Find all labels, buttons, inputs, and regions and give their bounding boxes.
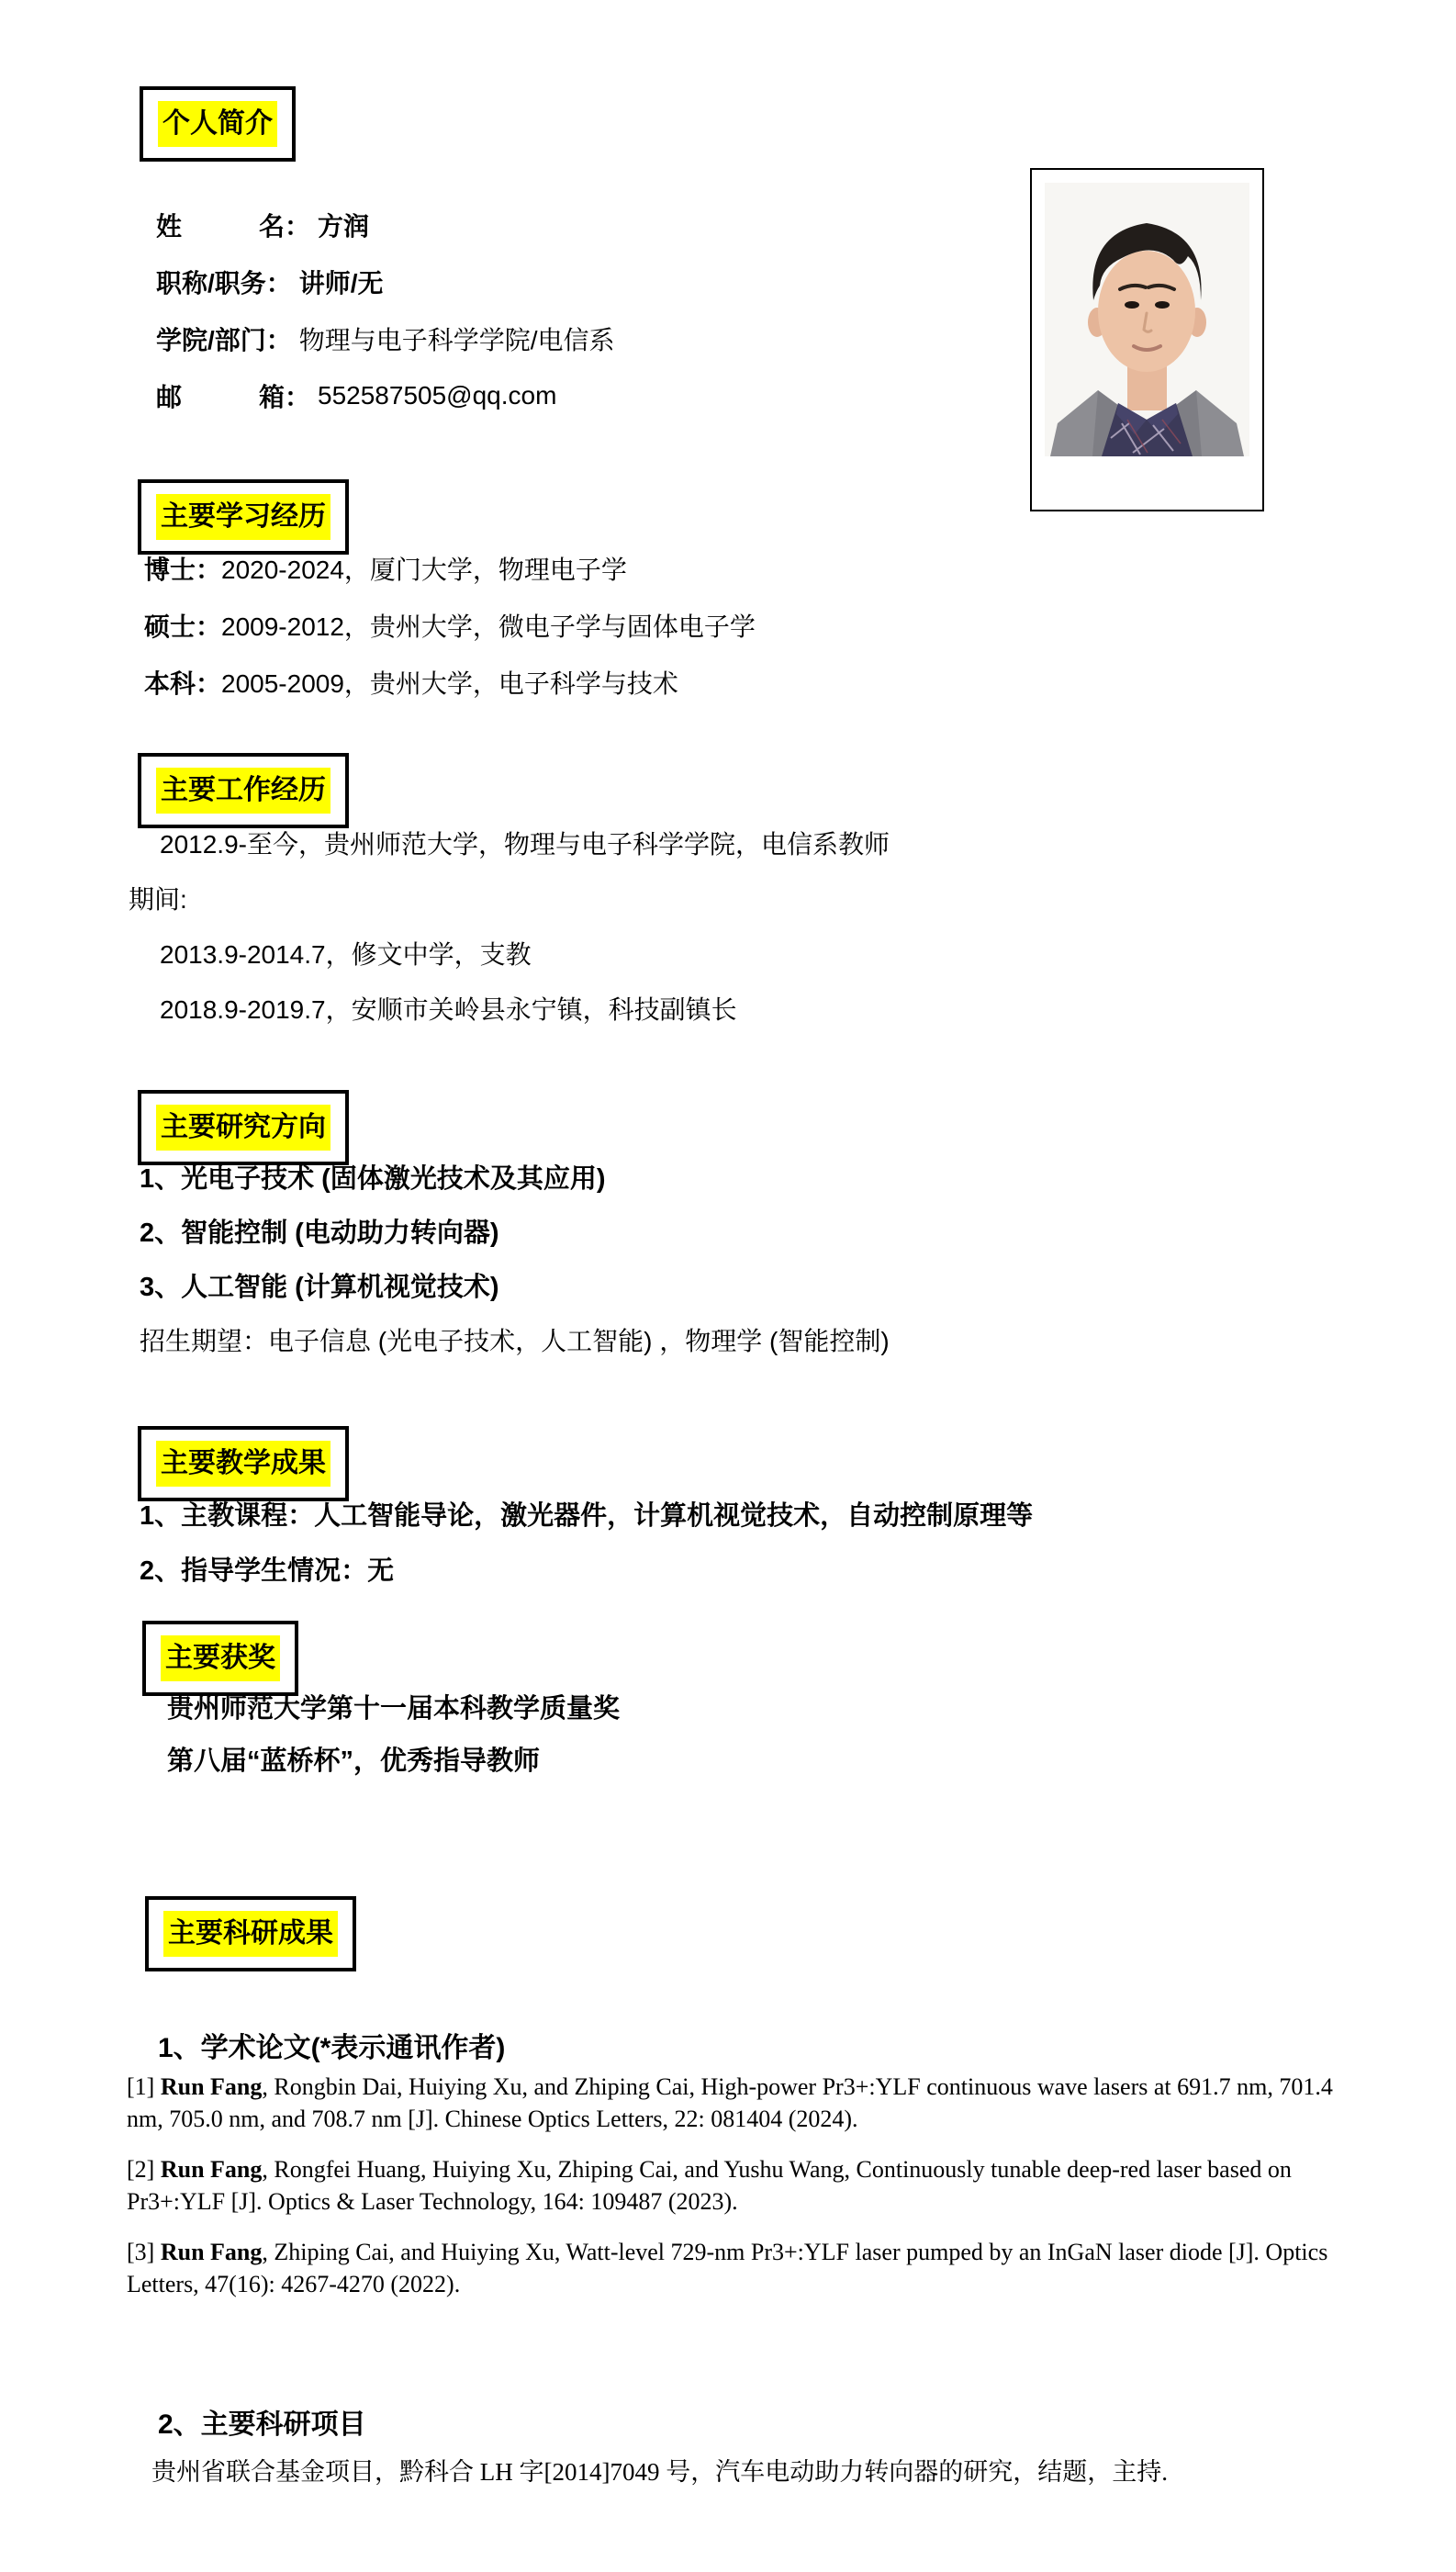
paper-item: [1] Run Fang, Rongbin Dai, Huiying Xu, a…	[127, 2071, 1357, 2135]
project-item: 贵州省联合基金项目，黔科合 LH 字[2014]7049 号，汽车电动助力转向器…	[151, 2452, 1382, 2488]
field-value: 物理与电子科学学院/电信系	[299, 320, 615, 357]
degree-label: 博士：	[144, 550, 221, 587]
work-text: 2012.9-至今，贵州师范大学，物理与电子科学学院，电信系教师	[160, 825, 890, 861]
teaching-list: 1、主教课程：人工智能导论，激光器件，计算机视觉技术，自动控制原理等 2、指导学…	[140, 1486, 1033, 1596]
section-title-research: 主要研究方向	[156, 1105, 330, 1151]
work-item: 2018.9-2019.7，安顺市关岭县永宁镇，科技副镇长	[129, 981, 890, 1036]
section-title-scientific: 主要科研成果	[163, 1911, 338, 1957]
field-value: 讲师/无	[299, 264, 384, 300]
portrait-photo-frame	[1030, 168, 1264, 511]
degree-text: 2020-2024，厦门大学，物理电子学	[221, 550, 627, 587]
work-item: 2012.9-至今，贵州师范大学，物理与电子科学学院，电信系教师	[129, 815, 890, 870]
research-text: 1、光电子技术 (固体激光技术及其应用)	[140, 1158, 606, 1196]
section-title-awards: 主要获奖	[161, 1635, 280, 1681]
award-item: 贵州师范大学第十一届本科教学质量奖	[167, 1680, 620, 1733]
paper-citation: , Rongfei Huang, Huiying Xu, Zhiping Cai…	[127, 2156, 1292, 2215]
research-list: 1、光电子技术 (固体激光技术及其应用) 2、智能控制 (电动助力转向器) 3、…	[140, 1150, 890, 1366]
paper-author: Run Fang	[161, 2239, 263, 2265]
research-text: 2、智能控制 (电动助力转向器)	[140, 1212, 499, 1250]
paper-index: [2]	[127, 2156, 161, 2183]
award-text: 第八届“蓝桥杯”，优秀指导教师	[167, 1740, 540, 1778]
award-item: 第八届“蓝桥杯”，优秀指导教师	[167, 1733, 620, 1785]
papers-heading: 1、学术论文(*表示通讯作者)	[158, 2025, 505, 2065]
work-text: 2018.9-2019.7，安顺市关岭县永宁镇，科技副镇长	[160, 990, 737, 1027]
section-title-work: 主要工作经历	[156, 768, 330, 814]
teaching-item-students: 2、指导学生情况：无	[140, 1541, 1033, 1596]
section-title-personal: 个人简介	[158, 101, 277, 147]
personal-field-title: 职称/职务：讲师/无	[156, 253, 615, 310]
teaching-text: 2、指导学生情况：无	[140, 1550, 394, 1588]
awards-list: 贵州师范大学第十一届本科教学质量奖 第八届“蓝桥杯”，优秀指导教师	[167, 1680, 620, 1785]
section-title-education: 主要学习经历	[156, 494, 330, 540]
education-item-master: 硕士：2009-2012，贵州大学，微电子学与固体电子学	[144, 597, 756, 654]
personal-field-department: 学院/部门：物理与电子科学学院/电信系	[156, 310, 615, 367]
recruitment-expectation: 招生期望：电子信息 (光电子技术，人工智能) ，物理学 (智能控制)	[140, 1312, 890, 1366]
paper-item: [3] Run Fang, Zhiping Cai, and Huiying X…	[127, 2236, 1357, 2300]
section-title-teaching: 主要教学成果	[156, 1441, 330, 1487]
personal-field-name: 姓 名：方润	[156, 197, 615, 253]
paper-author: Run Fang	[161, 2073, 263, 2100]
paper-index: [1]	[127, 2073, 161, 2100]
education-item-phd: 博士：2020-2024，厦门大学，物理电子学	[144, 540, 756, 597]
section-title-box-personal: 个人简介	[140, 86, 296, 162]
education-list: 博士：2020-2024，厦门大学，物理电子学 硕士：2009-2012，贵州大…	[144, 540, 756, 711]
personal-info-block: 姓 名：方润 职称/职务：讲师/无 学院/部门：物理与电子科学学院/电信系 邮 …	[156, 197, 615, 424]
award-text: 贵州师范大学第十一届本科教学质量奖	[167, 1688, 620, 1725]
personal-field-email: 邮 箱：552587505@qq.com	[156, 367, 615, 424]
field-value: 552587505@qq.com	[318, 381, 556, 410]
education-item-bachelor: 本科：2005-2009，贵州大学，电子科学与技术	[144, 654, 756, 711]
field-label: 学院/部门：	[156, 320, 292, 357]
work-text: 2013.9-2014.7，修文中学，支教	[160, 935, 532, 972]
paper-citation: , Zhiping Cai, and Huiying Xu, Watt-leve…	[127, 2239, 1327, 2297]
research-item: 1、光电子技术 (固体激光技术及其应用)	[140, 1150, 890, 1204]
paper-index: [3]	[127, 2239, 161, 2265]
research-item: 2、智能控制 (电动助力转向器)	[140, 1204, 890, 1258]
field-label: 职称/职务：	[156, 264, 292, 300]
field-value: 方润	[318, 207, 369, 243]
work-list: 2012.9-至今，贵州师范大学，物理与电子科学学院，电信系教师 期间: 201…	[129, 815, 890, 1036]
paper-item: [2] Run Fang, Rongfei Huang, Huiying Xu,…	[127, 2153, 1357, 2218]
portrait-photo	[1045, 183, 1249, 456]
teaching-text: 1、主教课程：人工智能导论，激光器件，计算机视觉技术，自动控制原理等	[140, 1495, 1033, 1533]
field-label: 姓 名：	[156, 207, 310, 243]
degree-text: 2009-2012，贵州大学，微电子学与固体电子学	[221, 607, 756, 644]
papers-list: [1] Run Fang, Rongbin Dai, Huiying Xu, a…	[127, 2071, 1357, 2319]
degree-label: 硕士：	[144, 607, 221, 644]
work-item: 2013.9-2014.7，修文中学，支教	[129, 926, 890, 981]
projects-heading: 2、主要科研项目	[158, 2401, 366, 2442]
work-text: 期间:	[129, 880, 187, 916]
degree-label: 本科：	[144, 664, 221, 701]
research-text: 3、人工智能 (计算机视觉技术)	[140, 1266, 499, 1304]
paper-citation: , Rongbin Dai, Huiying Xu, and Zhiping C…	[127, 2073, 1333, 2132]
field-label: 邮 箱：	[156, 377, 310, 414]
degree-text: 2005-2009，贵州大学，电子科学与技术	[221, 664, 678, 701]
paper-author: Run Fang	[161, 2156, 263, 2183]
research-item: 3、人工智能 (计算机视觉技术)	[140, 1258, 890, 1312]
profile-document-page: 个人简介 姓 名：方润 职称/职务：讲师/无 学院/部门：物理与电子科学学院/电…	[0, 0, 1456, 2572]
section-title-box-scientific: 主要科研成果	[145, 1896, 356, 1971]
work-item-period-label: 期间:	[129, 870, 890, 926]
teaching-item-courses: 1、主教课程：人工智能导论，激光器件，计算机视觉技术，自动控制原理等	[140, 1486, 1033, 1541]
recruitment-text: 招生期望：电子信息 (光电子技术，人工智能) ，物理学 (智能控制)	[140, 1321, 890, 1358]
